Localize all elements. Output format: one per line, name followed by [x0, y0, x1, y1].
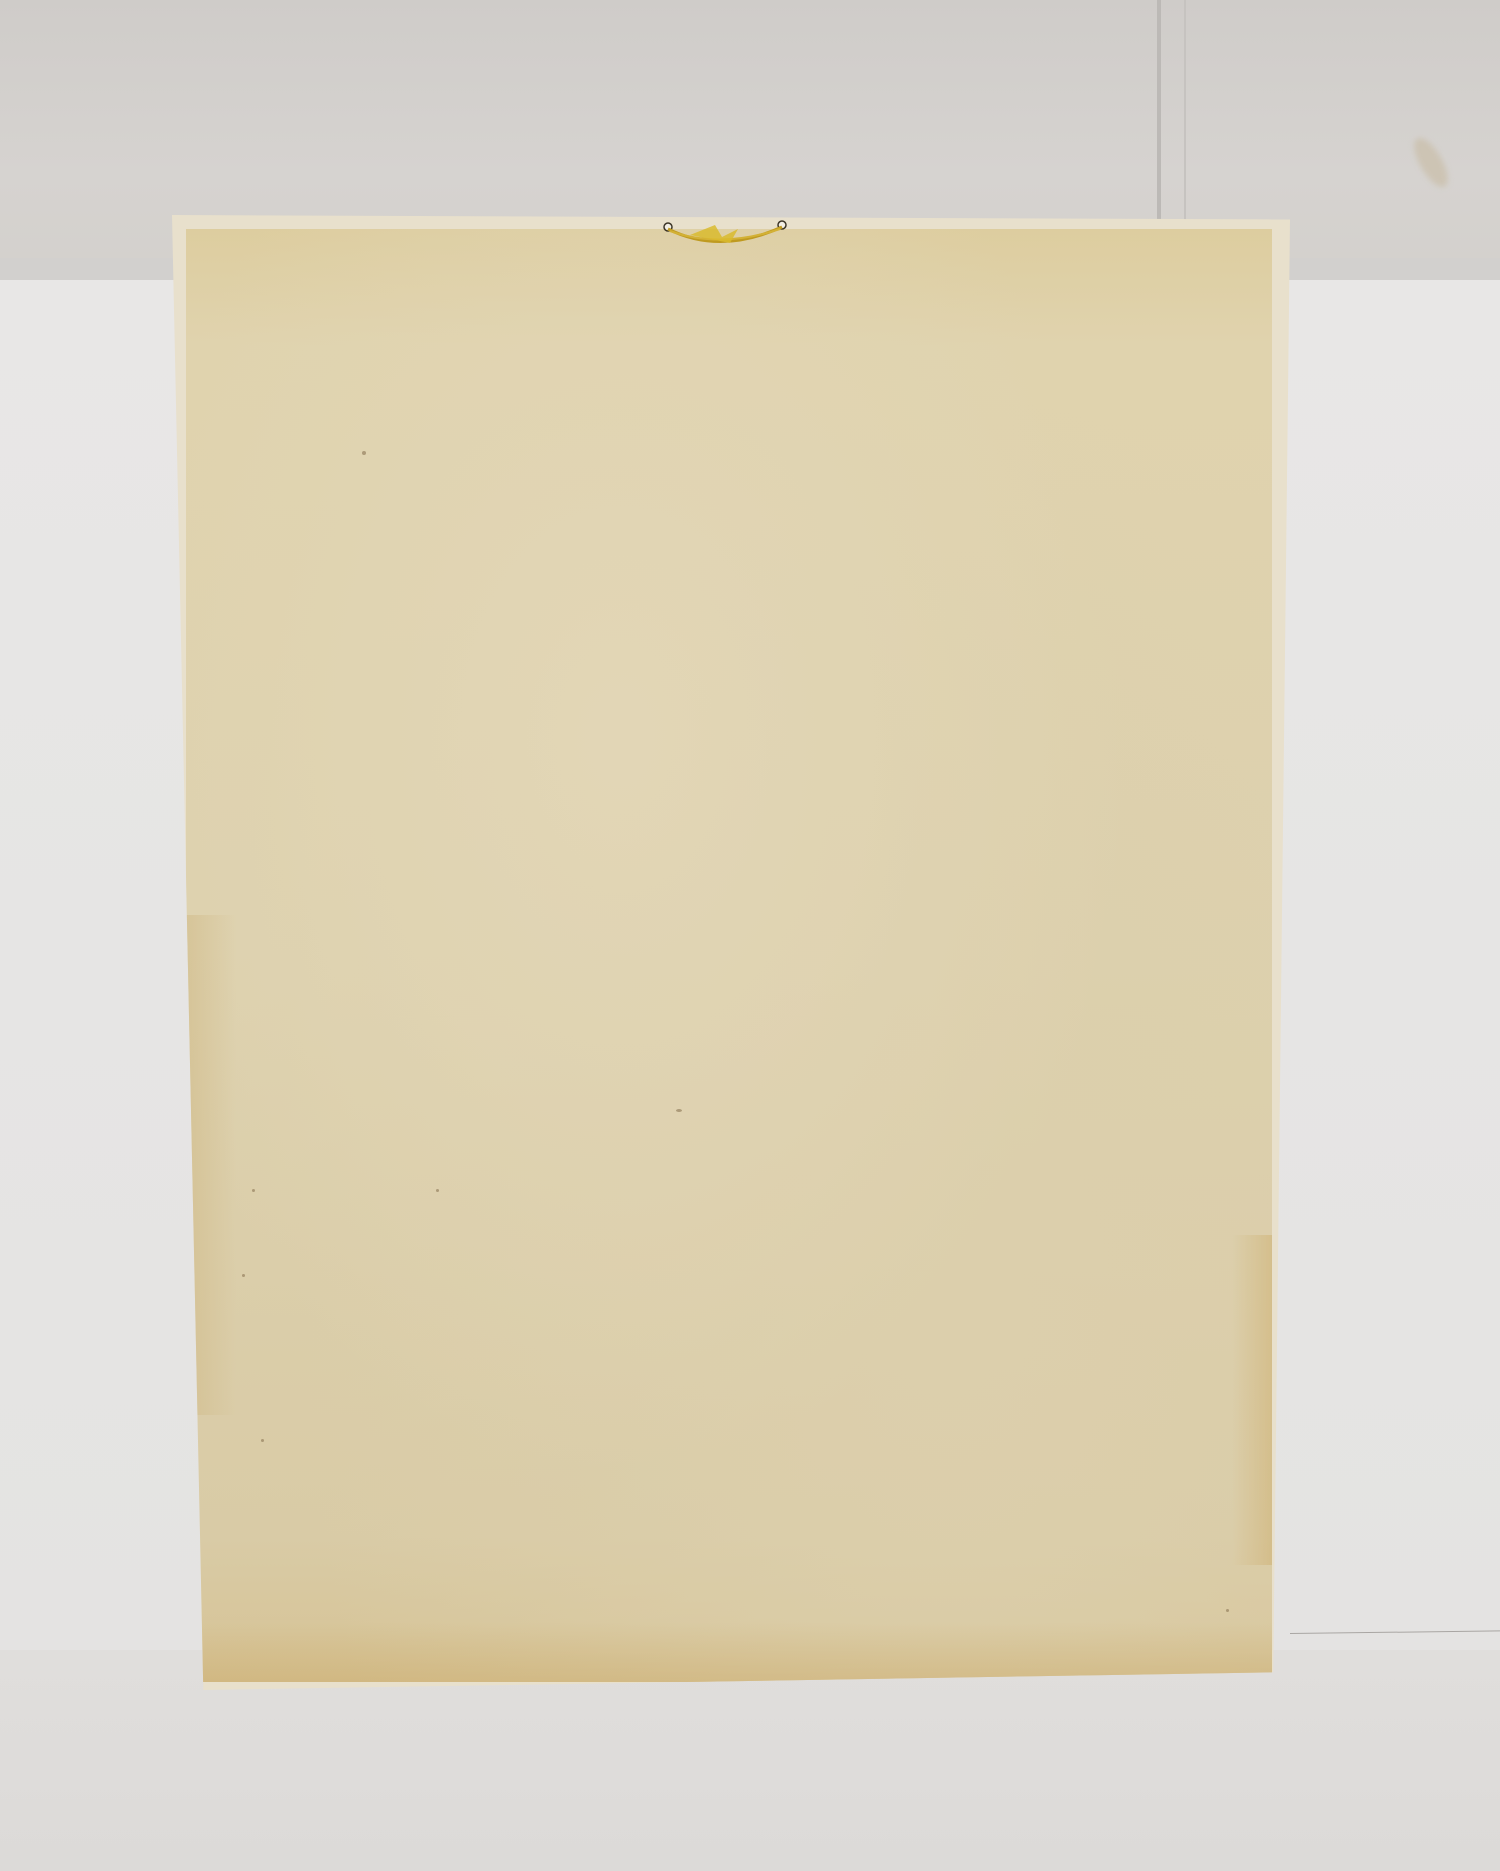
water-stain-right	[1232, 1235, 1272, 1565]
speck	[1226, 1609, 1229, 1612]
board-back	[172, 215, 1290, 1690]
water-stain-bottom	[186, 1622, 1272, 1682]
speck	[242, 1274, 245, 1277]
photo-scene	[0, 0, 1500, 1871]
speck	[436, 1189, 439, 1192]
hanging-cord-icon	[660, 217, 790, 257]
speck	[362, 451, 366, 455]
speck	[261, 1439, 264, 1442]
wall-stain	[1408, 133, 1455, 192]
speck	[676, 1109, 682, 1112]
backing-paper	[186, 229, 1272, 1682]
speck	[252, 1189, 255, 1192]
